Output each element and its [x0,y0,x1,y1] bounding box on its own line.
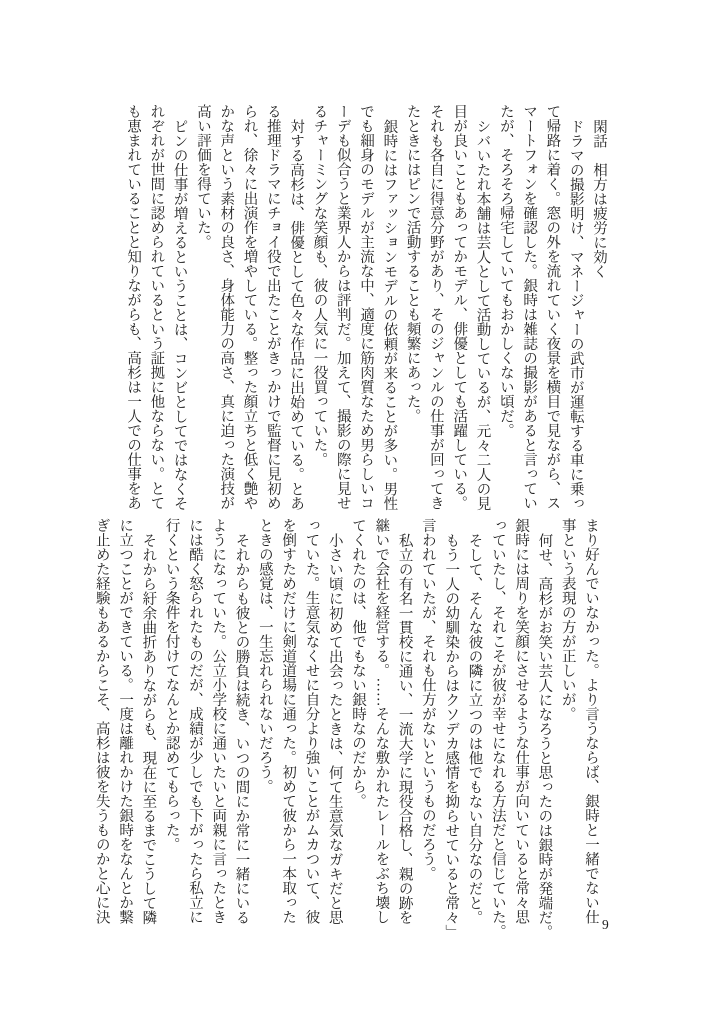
text-line: に立つことができている。一度は離れかけた銀時をなんとか繋 [113,518,136,936]
text-line: たが、そろそろ帰宅していてもおかしくない頃だ。 [494,104,517,518]
novel-page: 閑話 相方は疲労に効くドラマの撮影明け、マネージャーの武市が運転する車に乗って帰… [0,0,722,1024]
text-line: 継いで会社を経営する。……そんな敷かれたレールをぶち壊し [369,518,392,936]
text-line: られ、徐々に出演作を増やしている。整った顔立ちと低く艶や [237,104,260,518]
text-line: ドラマの撮影明け、マネージャーの武市が運転する車に乗っ [563,104,586,518]
text-line: 対する高杉は、俳優として色々な作品に出始めている。とあ [284,104,307,518]
page-number: 9 [602,917,609,933]
text-line: ピンの仕事が増えるということは、コンビとしてではなくそ [167,104,190,518]
text-line: ようになっていた。公立小学校に通いたいと両親に言ったとき [206,518,229,936]
text-line: たときにはピンで活動することも頻繁にあった。 [400,104,423,518]
page-top-text-block: 閑話 相方は疲労に効くドラマの撮影明け、マネージャーの武市が運転する車に乗って帰… [121,104,610,518]
text-line: ーデも似合うと業界人からは評判だ。加えて、撮影の際に見せ [330,104,353,518]
text-line: 私立の有名一貫校に通い、一流大学に現役合格し、親の跡を [392,518,415,936]
text-line: 何せ、高杉がお笑い芸人になろうと思ったのは銀時が発端だ。 [532,518,555,936]
text-line: 目が良いこともあってかモデル、俳優としても活躍している。 [447,104,470,518]
text-line: ぎ止めた経験もあるからこそ、高杉は彼を失うものかと心に決 [89,518,112,936]
text-line: でも細身のモデルが主流な中、適度に筋肉質なため男らしいコ [354,104,377,518]
text-line: 小さい頃に初めて出会ったときは、何て生意気なガキだと思 [322,518,345,936]
page-bottom-text-block: まり好んでいなかった。より言うならば、銀時と一緒でない仕事という表現の方が正しい… [89,518,602,936]
text-line: っていた。生意気なくせに自分より強いことがムカついて、彼 [299,518,322,936]
text-line: ときの感覚は、一生忘れられないだろう。 [253,518,276,936]
text-line: れぞれが世間に認められているという証拠に他ならない。とて [144,104,167,518]
chapter-title: 閑話 相方は疲労に効く [587,104,610,518]
text-line: 高い評価を得ていた。 [191,104,214,518]
text-line: っていたし、それこそが彼が幸せになれる方法だと信じていた。 [486,518,509,936]
text-line: 銀時にはファッションモデルの依頼が来ることが多い。男性 [377,104,400,518]
text-line: もう一人の幼馴染からはクソデカ感情を拗らせていると常々」 [439,518,462,936]
text-line: それからも彼との勝負は続き、いつの間にか常に一緒にいる [229,518,252,936]
text-line: 言われていたが、それも仕方がないというものだろう。 [416,518,439,936]
text-line: シバいたれ本舗は芸人として活動しているが、元々二人の見 [470,104,493,518]
text-line: てくれたのは、他でもない銀時なのだから。 [346,518,369,936]
text-line: て帰路に着く。窓の外を流れていく夜景を横目で見ながら、ス [540,104,563,518]
text-line: それから紆余曲折ありながらも、現在に至るまでこうして隣 [136,518,159,936]
text-line: を倒すためだけに剣道道場に通った。初めて彼から一本取った [276,518,299,936]
text-line: それも各自に得意分野があり、そのジャンルの仕事が回ってき [424,104,447,518]
text-line: も恵まれていることと知りながらも、高杉は一人での仕事をあ [121,104,144,518]
text-line: には酷く怒られたものだが、成績が少しでも下がったら私立に [183,518,206,936]
text-line: そして、そんな彼の隣に立つのは他でもない自分なのだと。 [462,518,485,936]
text-line: 事という表現の方が正しいが。 [555,518,578,936]
text-line: る推理ドラマにチョイ役で出たことがきっかけで監督に見初め [261,104,284,518]
text-line: かな声という素材の良さ、身体能力の高さ、真に迫った演技が [214,104,237,518]
text-line: 行くという条件を付けてなんとか認めてもらった。 [159,518,182,936]
text-line: るチャーミングな笑顔も、彼の人気に一役買っていた。 [307,104,330,518]
text-line: マートフォンを確認した。銀時は雑誌の撮影があると言ってい [517,104,540,518]
text-line: 銀時には周りを笑顔にさせるような仕事が向いていると常々思 [509,518,532,936]
text-line: まり好んでいなかった。より言うならば、銀時と一緒でない仕 [579,518,602,936]
